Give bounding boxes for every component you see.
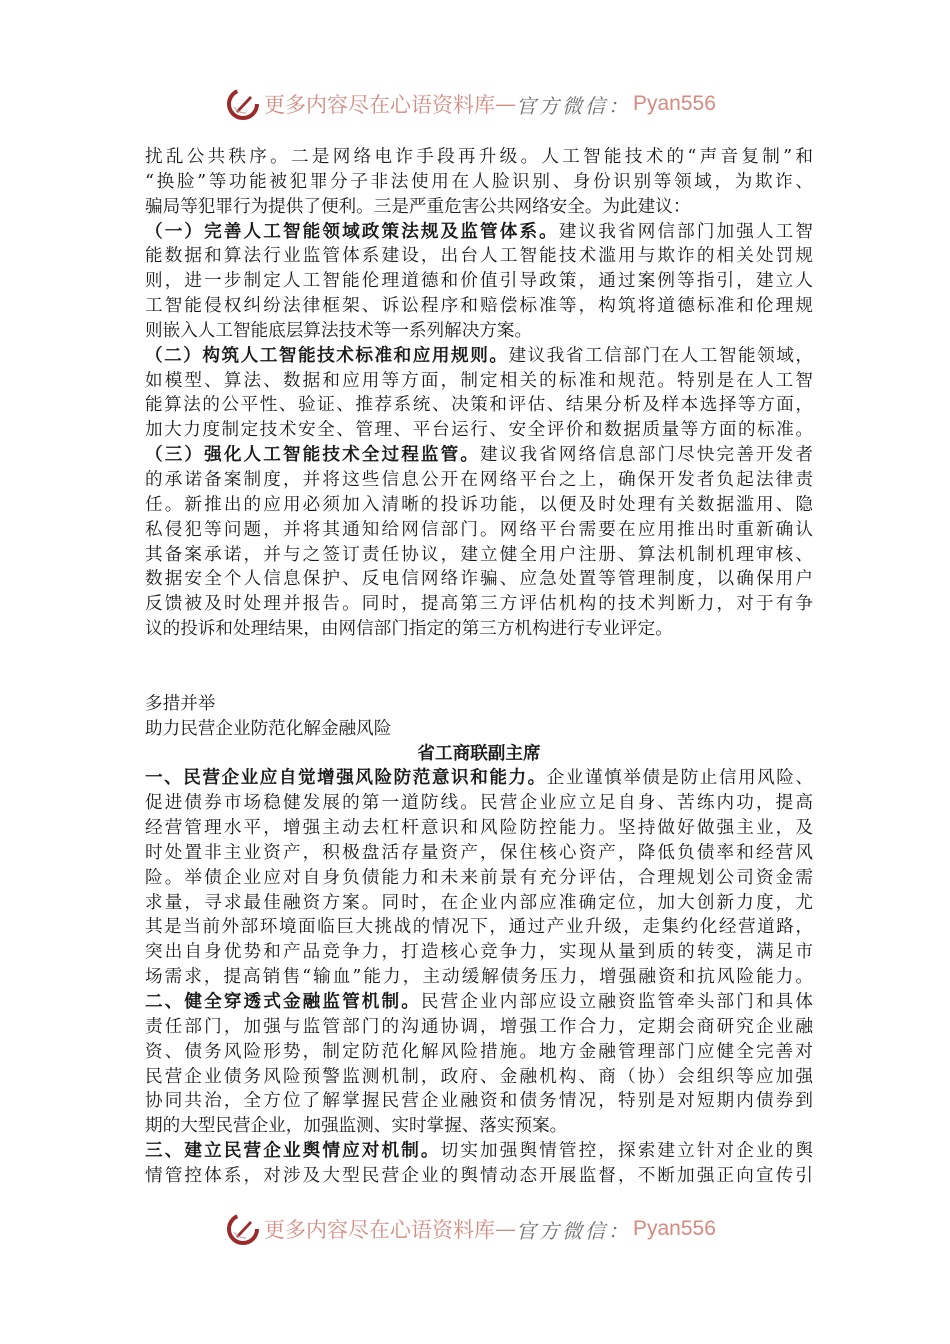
watermark-brand-text: 更多内容尽在心语资料库 <box>264 1214 495 1244</box>
paragraph-line: 能数据和算法行业监管体系建设，出台人工智能技术滥用与欺诈的相关处罚规 <box>145 244 813 269</box>
paragraph-line: 时处置非主业资产，积极盘活存量资产，保住核心资产，降低负债率和经营风 <box>145 841 813 866</box>
paragraph-line: 期的大型民营企业，加强监测、实时掌握、落实预案。 <box>145 1114 813 1139</box>
paragraph-line: 反馈被及时处理并报告。同时，提高第三方评估机构的技术判断力，对于有争 <box>145 592 813 617</box>
paragraph-line: 责任部门，加强与监管部门的沟通协调，增强工作合力，定期会商研究企业融 <box>145 1015 813 1040</box>
paragraph-line: 能算法的公平性、验证、推荐系统、决策和评估、结果分析及样本选择等方面， <box>145 393 813 418</box>
paragraph-line: 加大力度制定技术安全、管理、平台运行、安全评价和数据质量等方面的标准。 <box>145 418 813 443</box>
document-body: 扰乱公共秩序。二是网络电诈手段再升级。人工智能技术的“声音复制”和 “换脸”等功… <box>145 145 813 1189</box>
article-title-line-1: 多措并举 <box>145 692 813 717</box>
paragraph-line: 民营企业债务风险预警监测机制，政府、金融机构、商（协）会组织等应加强 <box>145 1065 813 1090</box>
quill-pen-logo-icon <box>226 87 260 121</box>
section-ai-recommendations: 扰乱公共秩序。二是网络电诈手段再升级。人工智能技术的“声音复制”和 “换脸”等功… <box>145 145 813 642</box>
paragraph-line: 经营管理水平，增强主动去杠杆意识和风险防控能力。坚持做好做强主业，及 <box>145 816 813 841</box>
watermark-dash: — <box>495 92 516 116</box>
paragraph-line: 促进债券市场稳健发展的第一道防线。民营企业应立足自身、苦练内功，提高 <box>145 791 813 816</box>
watermark-label: 官方微信： <box>516 90 631 119</box>
point-heading-1: 一、民营企业应自觉增强风险防范意识和能力。企业谨慎举债是防止信用风险、 <box>145 766 813 791</box>
paragraph-line: 场需求，提高销售“输血”能力，主动缓解债务压力，增强融资和抗风险能力。 <box>145 965 813 990</box>
paragraph-line: 任。新推出的应用必须加入清晰的投诉功能，以便及时处理有关数据滥用、隐 <box>145 493 813 518</box>
paragraph-line: 则，进一步制定人工智能伦理道德和价值引导政策，通过案例等指引，建立人 <box>145 269 813 294</box>
paragraph-line: “换脸”等功能被犯罪分子非法使用在人脸识别、身份识别等领域，为欺诈、 <box>145 170 813 195</box>
paragraph-line: 其是当前外部环境面临巨大挑战的情况下，通过产业升级，走集约化经营道路， <box>145 915 813 940</box>
point-heading-3: 三、建立民营企业舆情应对机制。切实加强舆情管控，探索建立针对企业的舆 <box>145 1139 813 1164</box>
paragraph-line: 工智能侵权纠纷法律框架、诉讼程序和赔偿标准等，构筑将道德标准和伦理规 <box>145 294 813 319</box>
recommendation-heading-1: （一）完善人工智能领域政策法规及监管体系。建议我省网信部门加强人工智 <box>145 220 813 245</box>
watermark-banner-top: 更多内容尽在心语资料库 — 官方微信： Pyan556 <box>226 84 716 124</box>
paragraph-line: 其备案承诺，并与之签订责任协议，建立健全用户注册、算法机制机理审核、 <box>145 543 813 568</box>
paragraph-line: 险。举债企业应对自身负债能力和未来前景有充分评估，合理规划公司资金需 <box>145 866 813 891</box>
paragraph-line: 的承诺备案制度，并将这些信息公开在网络平台之上，确保开发者负起法律责 <box>145 468 813 493</box>
paragraph-line: 突出自身优势和产品竞争力，打造核心竞争力，实现从量到质的转变，满足市 <box>145 940 813 965</box>
article-author: 省工商联副主席 <box>145 742 813 767</box>
watermark-dash: — <box>495 1217 516 1241</box>
paragraph-line: 议的投诉和处理结果，由网信部门指定的第三方机构进行专业评定。 <box>145 617 813 642</box>
watermark-banner-bottom: 更多内容尽在心语资料库 — 官方微信： Pyan556 <box>226 1209 716 1249</box>
watermark-wechat-id: Pyan556 <box>633 92 716 116</box>
paragraph-line: 扰乱公共秩序。二是网络电诈手段再升级。人工智能技术的“声音复制”和 <box>145 145 813 170</box>
paragraph-line: 私侵犯等问题，并将其通知给网信部门。网络平台需要在应用推出时重新确认 <box>145 518 813 543</box>
article-title-line-2: 助力民营企业防范化解金融风险 <box>145 717 813 742</box>
paragraph-line: 如模型、算法、数据和应用等方面，制定相关的标准和规范。特别是在人工智 <box>145 369 813 394</box>
recommendation-heading-3: （三）强化人工智能技术全过程监管。建议我省网络信息部门尽快完善开发者 <box>145 443 813 468</box>
section-spacer <box>145 642 813 692</box>
paragraph-line: 则嵌入人工智能底层算法技术等一系列解决方案。 <box>145 319 813 344</box>
watermark-brand-text: 更多内容尽在心语资料库 <box>264 89 495 119</box>
point-heading-2: 二、健全穿透式金融监管机制。民营企业内部应设立融资监管牵头部门和具体 <box>145 990 813 1015</box>
recommendation-heading-2: （二）构筑人工智能技术标准和应用规则。建议我省工信部门在人工智能领域， <box>145 344 813 369</box>
quill-pen-logo-icon <box>226 1212 260 1246</box>
section-private-enterprise-finance: 多措并举 助力民营企业防范化解金融风险 省工商联副主席 一、民营企业应自觉增强风… <box>145 692 813 1189</box>
paragraph-line: 情管控体系，对涉及大型民营企业的舆情动态开展监督，不断加强正向宣传引 <box>145 1164 813 1189</box>
watermark-wechat-id: Pyan556 <box>633 1217 716 1241</box>
paragraph-line: 骗局等犯罪行为提供了便利。三是严重危害公共网络安全。为此建议： <box>145 195 813 220</box>
paragraph-line: 求量，寻求最佳融资方案。同时，在企业内部应准确定位，加大创新力度，尤 <box>145 891 813 916</box>
paragraph-line: 数据安全个人信息保护、反电信网络诈骗、应急处置等管理制度，以确保用户 <box>145 567 813 592</box>
paragraph-line: 资、债务风险形势，制定防范化解风险措施。地方金融管理部门应健全完善对 <box>145 1040 813 1065</box>
paragraph-line: 协同共治，全方位了解掌握民营企业融资和债务情况，特别是对短期内债券到 <box>145 1089 813 1114</box>
watermark-label: 官方微信： <box>516 1215 631 1244</box>
